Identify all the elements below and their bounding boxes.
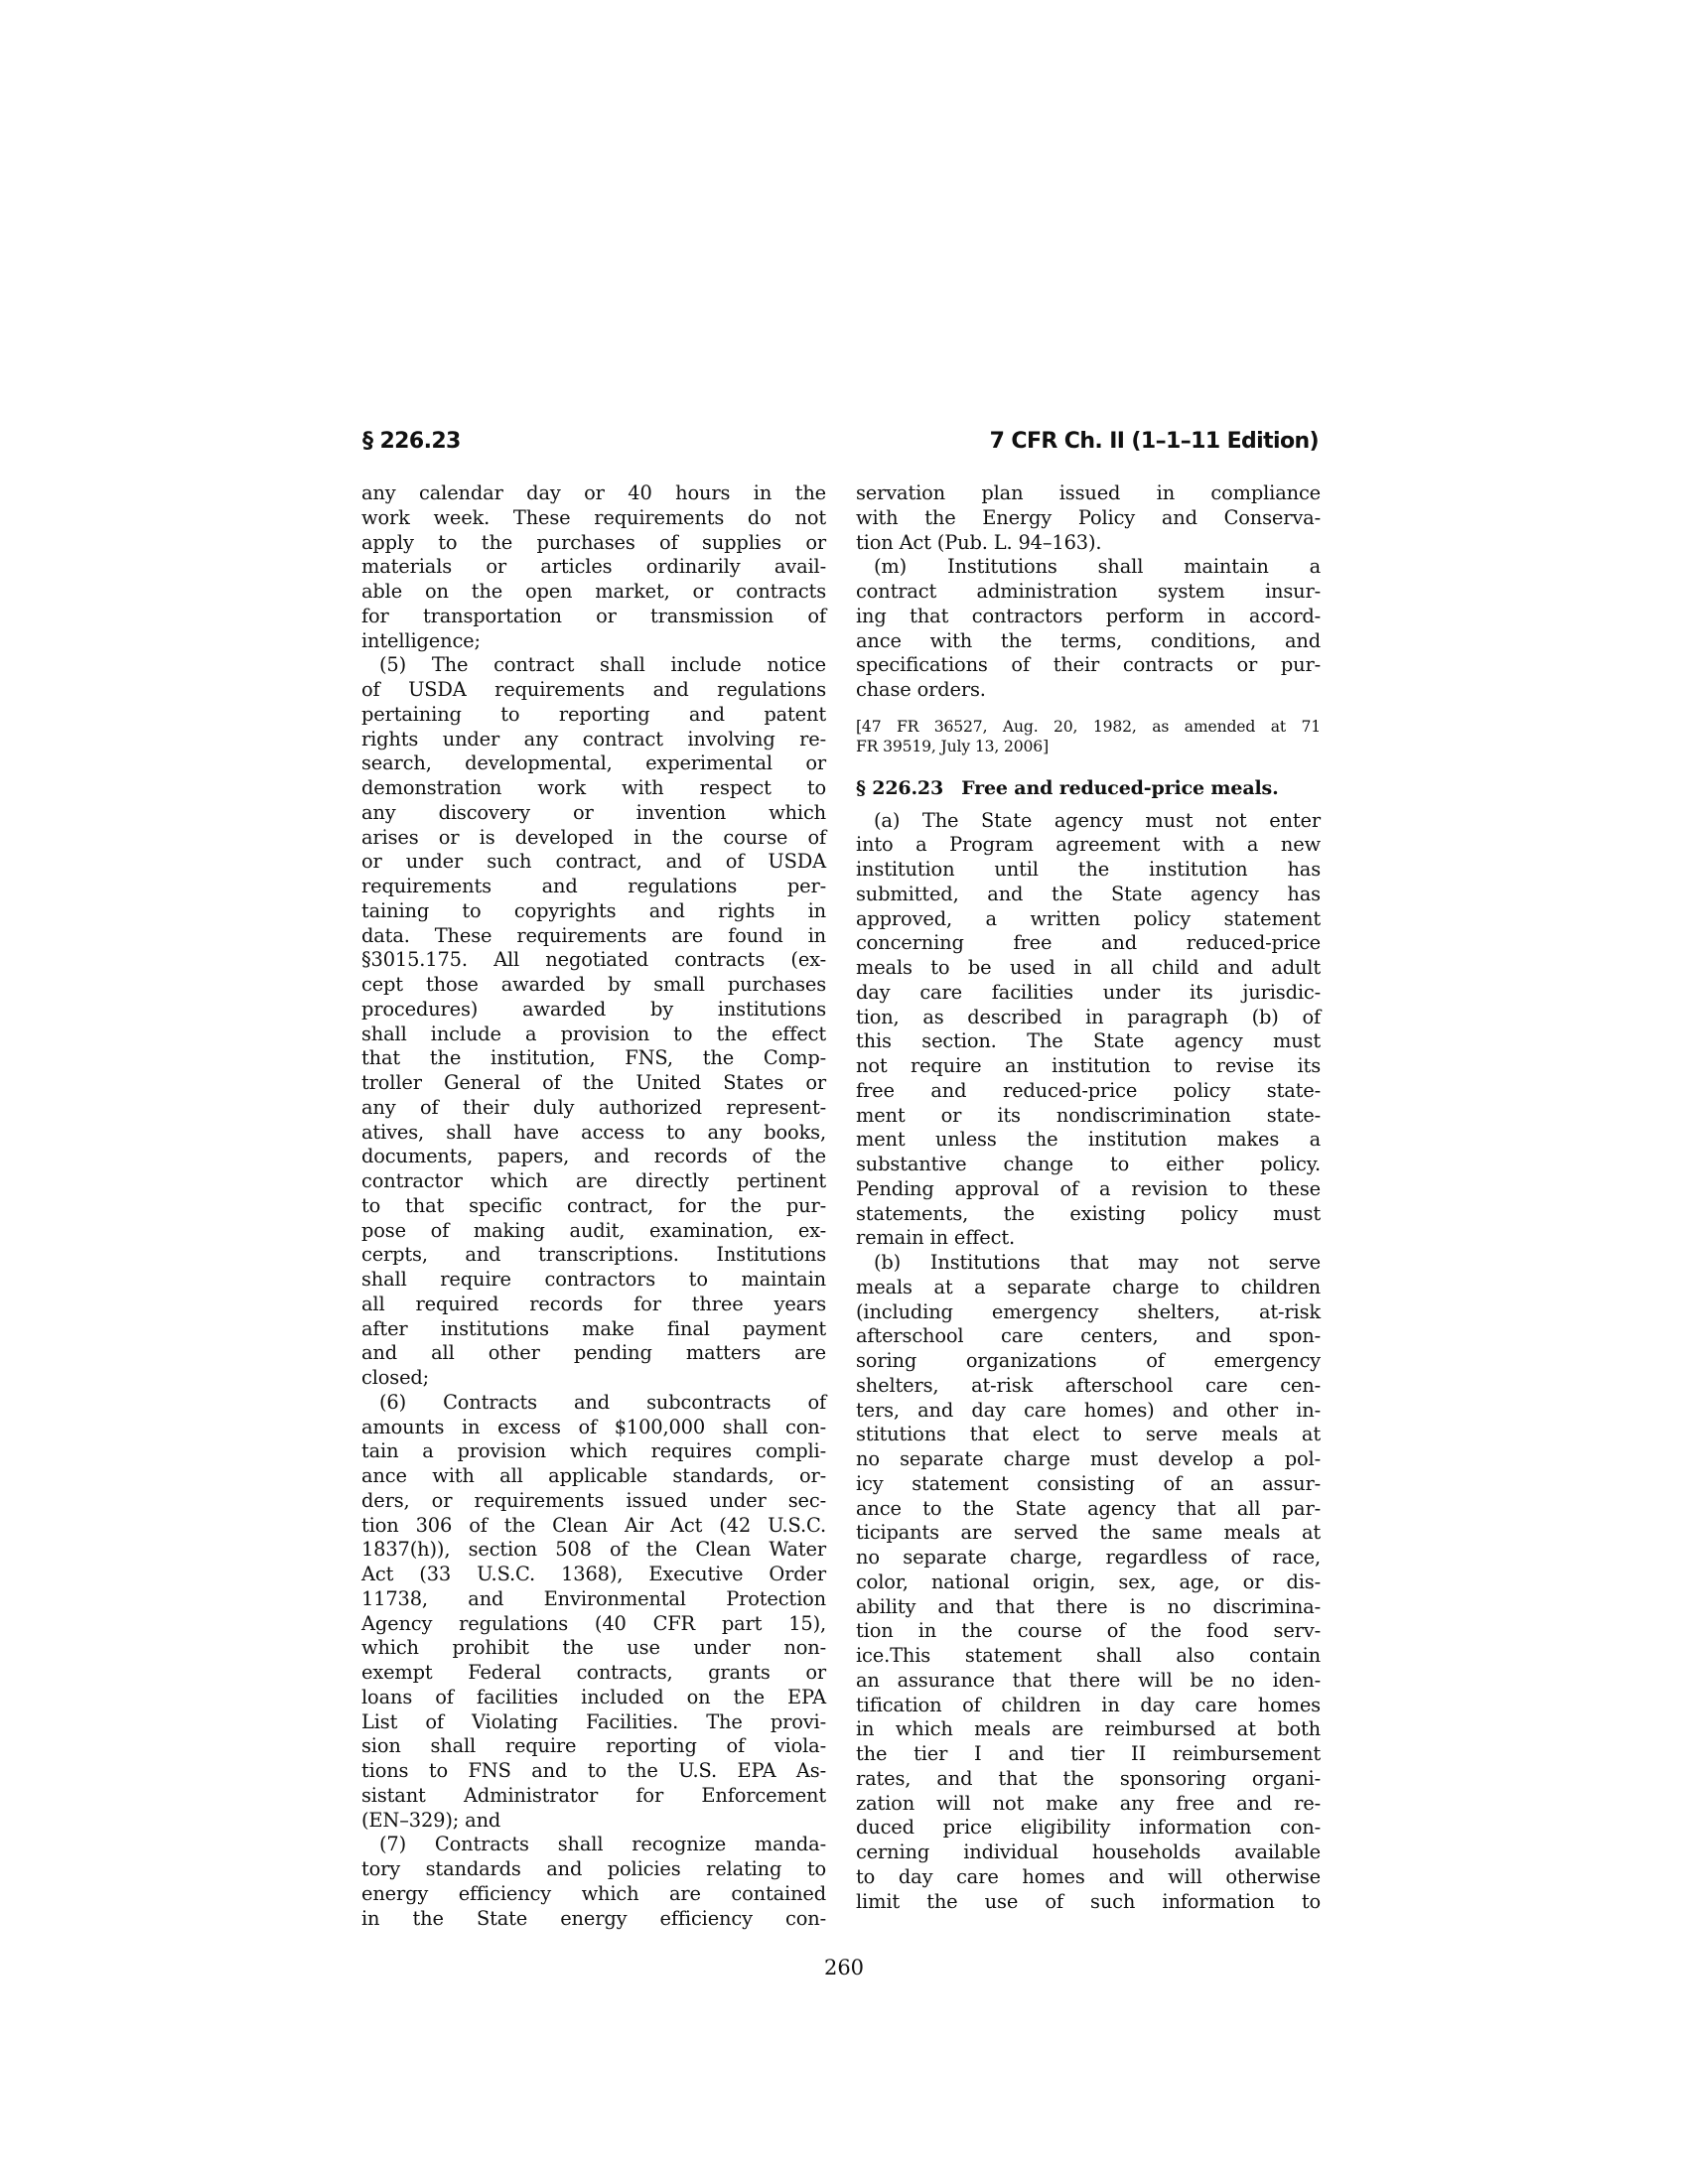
source-citation: [47 FR 36527, Aug. 20, 1982, as amended … xyxy=(856,717,1321,756)
text-line: or under such contract, and of USDA xyxy=(361,850,826,875)
text-line: chase orders. xyxy=(856,678,1321,703)
text-line: limit the use of such information to xyxy=(856,1890,1321,1915)
text-line: tion 306 of the Clean Air Act (42 U.S.C. xyxy=(361,1514,826,1539)
text-line: icy statement consisting of an assur- xyxy=(856,1472,1321,1497)
text-line: loans of facilities included on the EPA xyxy=(361,1686,826,1710)
text-line: Agency regulations (40 CFR part 15), xyxy=(361,1612,826,1637)
text-line: pertaining to reporting and patent xyxy=(361,703,826,728)
text-line: (m) Institutions shall maintain a xyxy=(856,555,1321,580)
text-line: soring organizations of emergency xyxy=(856,1349,1321,1374)
text-line: ders, or requirements issued under sec- xyxy=(361,1489,826,1514)
text-line: List of Violating Facilities. The provi- xyxy=(361,1710,826,1735)
text-line: taining to copyrights and rights in xyxy=(361,899,826,924)
text-line: which prohibit the use under non- xyxy=(361,1636,826,1661)
text-line: sistant Administrator for Enforcement xyxy=(361,1784,826,1809)
text-line: free and reduced-price policy state- xyxy=(856,1079,1321,1104)
text-line: arises or is developed in the course of xyxy=(361,826,826,851)
text-line: contract administration system insur- xyxy=(856,580,1321,605)
text-line: apply to the purchases of supplies or xyxy=(361,531,826,556)
text-line: cerning individual households available xyxy=(856,1841,1321,1865)
text-line: into a Program agreement with a new xyxy=(856,833,1321,858)
text-line: (including emergency shelters, at-risk xyxy=(856,1300,1321,1325)
text-line: zation will not make any free and re- xyxy=(856,1792,1321,1817)
text-line: (7) Contracts shall recognize manda- xyxy=(361,1833,826,1857)
text-line: after institutions make final payment xyxy=(361,1317,826,1342)
text-line: meals at a separate charge to children xyxy=(856,1276,1321,1300)
text-line: (EN–329); and xyxy=(361,1809,826,1834)
text-line: tion Act (Pub. L. 94–163). xyxy=(856,531,1321,556)
text-line: cerpts, and transcriptions. Institutions xyxy=(361,1243,826,1268)
text-line: tification of children in day care homes xyxy=(856,1694,1321,1718)
text-line: pose of making audit, examination, ex- xyxy=(361,1219,826,1244)
text-line: materials or articles ordinarily avail- xyxy=(361,555,826,580)
text-line: FR 39519, July 13, 2006] xyxy=(856,737,1321,756)
running-header: § 226.23 7 CFR Ch. II (1–1–11 Edition) xyxy=(362,429,1319,463)
text-line: 1837(h)), section 508 of the Clean Water xyxy=(361,1538,826,1563)
text-line: duced price eligibility information con- xyxy=(856,1816,1321,1841)
text-line: tion, as described in paragraph (b) of xyxy=(856,1006,1321,1030)
text-line: contractor which are directly pertinent xyxy=(361,1169,826,1194)
text-line: to that specific contract, for the pur- xyxy=(361,1194,826,1219)
text-line: any calendar day or 40 hours in the xyxy=(361,481,826,506)
text-line: ticipants are served the same meals at xyxy=(856,1521,1321,1546)
text-line: substantive change to either policy. xyxy=(856,1153,1321,1177)
text-line: §3015.175. All negotiated contracts (ex- xyxy=(361,948,826,973)
text-line: for transportation or transmission of xyxy=(361,605,826,629)
text-line: troller General of the United States or xyxy=(361,1071,826,1096)
text-line: work week. These requirements do not xyxy=(361,506,826,531)
text-line: energy efficiency which are contained xyxy=(361,1882,826,1907)
text-line: exempt Federal contracts, grants or xyxy=(361,1661,826,1686)
text-line: demonstration work with respect to xyxy=(361,776,826,801)
text-line: no separate charge must develop a pol- xyxy=(856,1447,1321,1472)
text-line: rights under any contract involving re- xyxy=(361,728,826,752)
text-line: with the Energy Policy and Conserva- xyxy=(856,506,1321,531)
text-line: shelters, at-risk afterschool care cen- xyxy=(856,1374,1321,1399)
text-line: able on the open market, or contracts xyxy=(361,580,826,605)
text-line: ters, and day care homes) and other in- xyxy=(856,1399,1321,1424)
left-column-text: any calendar day or 40 hours in thework … xyxy=(361,481,826,1931)
text-line: tory standards and policies relating to xyxy=(361,1857,826,1882)
text-line: no separate charge, regardless of race, xyxy=(856,1546,1321,1570)
text-line: stitutions that elect to serve meals at xyxy=(856,1423,1321,1447)
header-section-number: § 226.23 xyxy=(362,429,461,454)
text-line: documents, papers, and records of the xyxy=(361,1145,826,1169)
text-line: cept those awarded by small purchases xyxy=(361,973,826,998)
text-line: all required records for three years xyxy=(361,1293,826,1317)
text-line: sion shall require reporting of viola- xyxy=(361,1734,826,1759)
text-line: ment unless the institution makes a xyxy=(856,1128,1321,1153)
text-line: amounts in excess of $100,000 shall con- xyxy=(361,1416,826,1440)
text-line: (a) The State agency must not enter xyxy=(856,809,1321,834)
text-line: statements, the existing policy must xyxy=(856,1202,1321,1227)
text-line: Pending approval of a revision to these xyxy=(856,1177,1321,1202)
section-226-23-text: (a) The State agency must not enterinto … xyxy=(856,809,1321,1915)
text-line: tain a provision which requires compli- xyxy=(361,1439,826,1464)
text-line: color, national origin, sex, age, or dis… xyxy=(856,1570,1321,1595)
text-line: and all other pending matters are xyxy=(361,1341,826,1366)
text-line: closed; xyxy=(361,1366,826,1391)
text-line: shall include a provision to the effect xyxy=(361,1023,826,1047)
text-line: [47 FR 36527, Aug. 20, 1982, as amended … xyxy=(856,717,1321,737)
text-line: requirements and regulations per- xyxy=(361,875,826,899)
text-line: rates, and that the sponsoring organi- xyxy=(856,1767,1321,1792)
text-line: ability and that there is no discrimina- xyxy=(856,1595,1321,1620)
text-line: meals to be used in all child and adult xyxy=(856,956,1321,981)
text-line: institution until the institution has xyxy=(856,858,1321,883)
text-line: (6) Contracts and subcontracts of xyxy=(361,1391,826,1416)
text-line: remain in effect. xyxy=(856,1226,1321,1251)
text-line: not require an institution to revise its xyxy=(856,1054,1321,1079)
text-line: any discovery or invention which xyxy=(361,801,826,826)
page-number: 260 xyxy=(0,1956,1688,1979)
text-line: servation plan issued in compliance xyxy=(856,481,1321,506)
text-line: afterschool care centers, and spon- xyxy=(856,1324,1321,1349)
text-line: 11738, and Environmental Protection xyxy=(361,1587,826,1612)
text-line: submitted, and the State agency has xyxy=(856,883,1321,907)
text-line: procedures) awarded by institutions xyxy=(361,998,826,1023)
text-line: ance with all applicable standards, or- xyxy=(361,1464,826,1489)
text-line: ing that contractors perform in accord- xyxy=(856,605,1321,629)
text-line: ance to the State agency that all par- xyxy=(856,1497,1321,1522)
text-line: that the institution, FNS, the Comp- xyxy=(361,1046,826,1071)
text-line: day care facilities under its jurisdic- xyxy=(856,981,1321,1006)
text-line: Act (33 U.S.C. 1368), Executive Order xyxy=(361,1563,826,1587)
text-line: tions to FNS and to the U.S. EPA As- xyxy=(361,1759,826,1784)
text-line: (5) The contract shall include notice xyxy=(361,653,826,678)
text-line: shall require contractors to maintain xyxy=(361,1268,826,1293)
text-line: ice.This statement shall also contain xyxy=(856,1644,1321,1669)
text-line: an assurance that there will be no iden- xyxy=(856,1669,1321,1694)
left-column: any calendar day or 40 hours in thework … xyxy=(361,481,826,1931)
text-line: atives, shall have access to any books, xyxy=(361,1121,826,1146)
text-line: specifications of their contracts or pur… xyxy=(856,653,1321,678)
text-line: ance with the terms, conditions, and xyxy=(856,629,1321,654)
text-line: (b) Institutions that may not serve xyxy=(856,1251,1321,1276)
section-heading-number: § 226.23 xyxy=(856,777,943,799)
text-line: concerning free and reduced-price xyxy=(856,931,1321,956)
text-line: in which meals are reimbursed at both xyxy=(856,1717,1321,1742)
text-line: approved, a written policy statement xyxy=(856,907,1321,932)
text-line: this section. The State agency must xyxy=(856,1029,1321,1054)
text-line: in the State energy efficiency con- xyxy=(361,1907,826,1932)
header-edition: 7 CFR Ch. II (1–1–11 Edition) xyxy=(990,429,1319,454)
paragraph-m-text: servation plan issued in compliancewith … xyxy=(856,481,1321,703)
section-heading: § 226.23Free and reduced-price meals. xyxy=(856,776,1321,801)
text-line: data. These requirements are found in xyxy=(361,924,826,949)
text-line: of USDA requirements and regulations xyxy=(361,678,826,703)
text-line: to day care homes and will otherwise xyxy=(856,1865,1321,1890)
section-heading-title: Free and reduced-price meals. xyxy=(961,777,1278,799)
text-line: tion in the course of the food serv- xyxy=(856,1619,1321,1644)
text-line: the tier I and tier II reimbursement xyxy=(856,1742,1321,1767)
text-line: search, developmental, experimental or xyxy=(361,751,826,776)
right-column: servation plan issued in compliancewith … xyxy=(856,481,1321,1914)
text-line: ment or its nondiscrimination state- xyxy=(856,1104,1321,1129)
text-line: any of their duly authorized represent- xyxy=(361,1096,826,1121)
text-line: intelligence; xyxy=(361,629,826,654)
